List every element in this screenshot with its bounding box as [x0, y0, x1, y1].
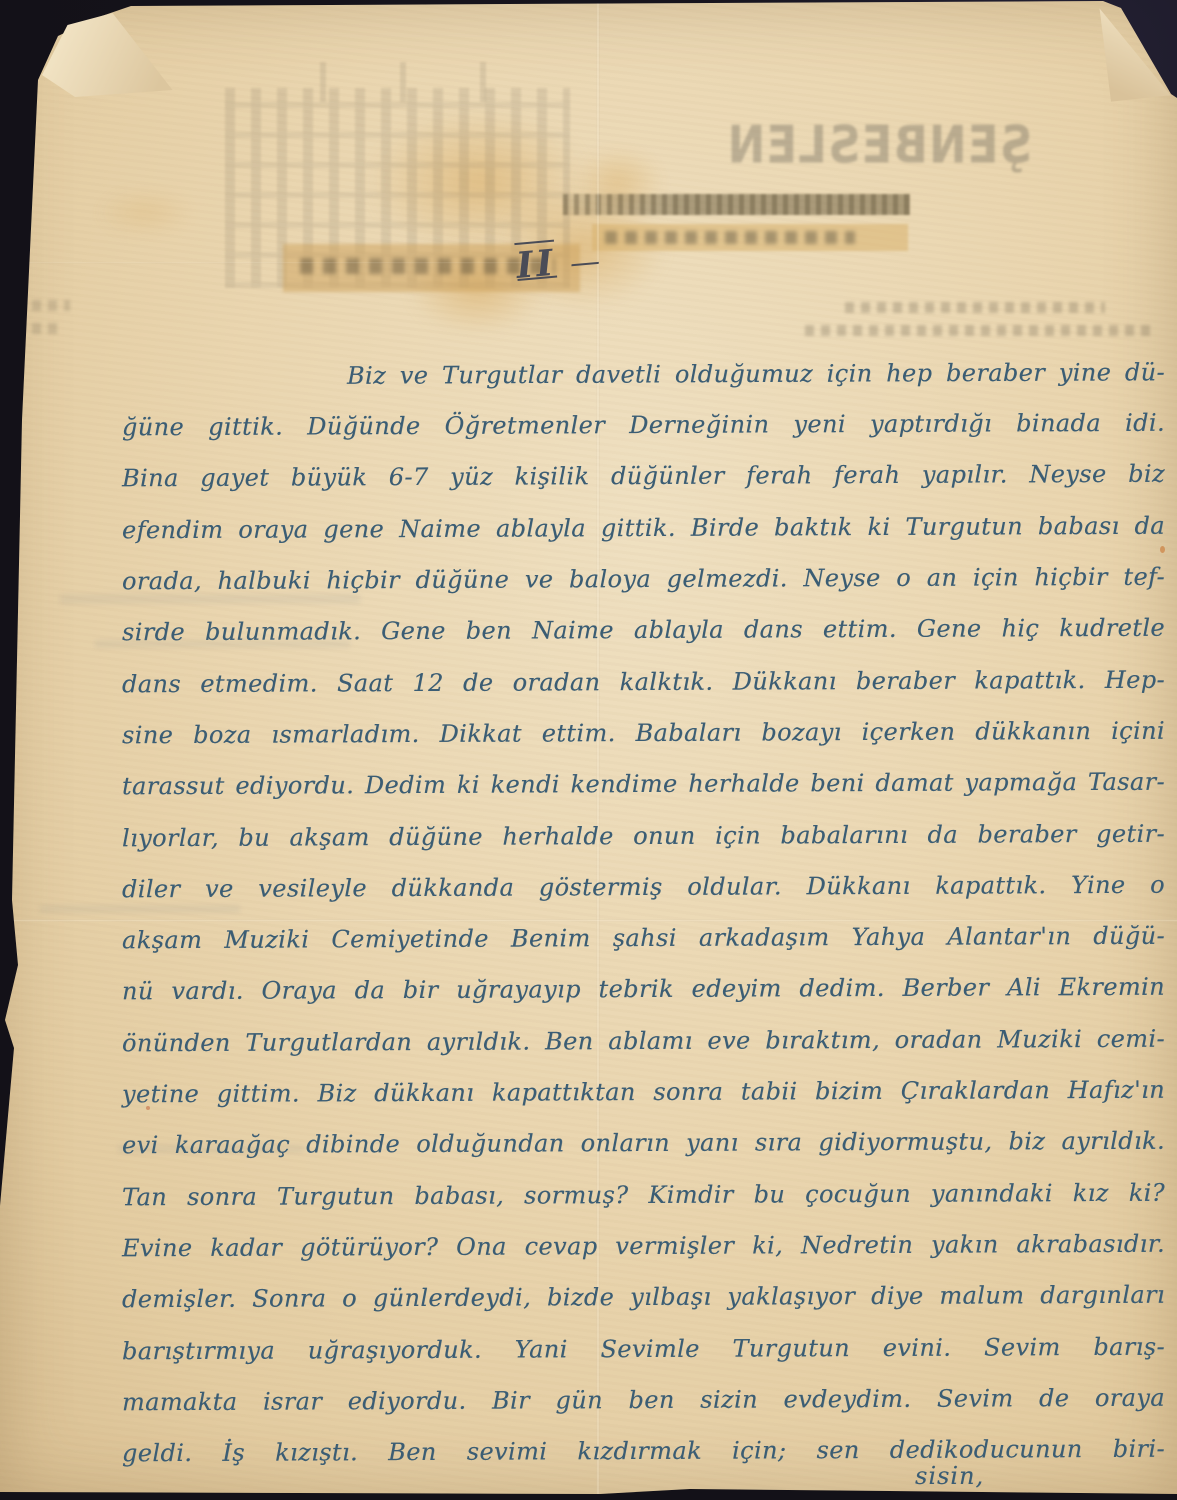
letter-line: lıyorlar, bu akşam düğüne herhalde onun …	[122, 820, 1165, 867]
letter-line: nü vardı. Oraya da bir uğrayayıp tebrik …	[122, 973, 1165, 1020]
letter-line: efendim oraya gene Naime ablayla gittik.…	[122, 512, 1165, 559]
letter-line: dans etmedim. Saat 12 de oradan kalktık.…	[122, 666, 1165, 713]
letter-line: demişler. Sonra o günlerdeydi, bizde yıl…	[122, 1281, 1165, 1328]
letter-line: sirde bulunmadık. Gene ben Naime ablayla…	[122, 614, 1165, 661]
letter-line: akşam Muziki Cemiyetinde Benim şahsi ark…	[122, 922, 1165, 969]
photo-of-letter: { "photo": { "background_color": "#13111…	[0, 0, 1177, 1500]
letter-line: diler ve vesileyle dükkanda göstermiş ol…	[122, 871, 1165, 918]
letter-line: orada, halbuki hiçbir düğüne ve baloya g…	[122, 563, 1165, 610]
letter-line: evi karaağaç dibinde olduğundan onların …	[122, 1127, 1165, 1174]
letter-line: Biz ve Turgutlar davetli olduğumuz için …	[347, 358, 1165, 404]
letter-line: ğüne gittik. Düğünde Öğretmenler Derneği…	[122, 409, 1165, 456]
letter-closing-word: sisin,	[915, 1462, 1115, 1490]
letter-line: Evine kadar götürüyor? Ona cevap vermişl…	[122, 1230, 1165, 1277]
letter-line: sine boza ısmarladım. Dikkat ettim. Baba…	[122, 717, 1165, 764]
letter-line: Bina gayet büyük 6-7 yüz kişilik düğünle…	[122, 460, 1165, 507]
letter-line: Tan sonra Turgutun babası, sormuş? Kimdi…	[122, 1179, 1165, 1226]
letter-paper: ŞENBESLEN II— Biz ve Turgutlar davetli o…	[0, 0, 1177, 1500]
letter-line: mamakta israr ediyordu. Bir gün ben sizi…	[122, 1384, 1165, 1431]
letter-line: önünden Turgutlardan ayrıldık. Ben ablam…	[122, 1025, 1165, 1072]
letter-line: barıştırmıya uğraşıyorduk. Yani Sevimle …	[122, 1333, 1165, 1380]
letter-line: tarassut ediyordu. Dedim ki kendi kendim…	[122, 768, 1165, 815]
handwritten-letter-body: Biz ve Turgutlar davetli olduğumuz için …	[0, 0, 1177, 1500]
letter-line: yetine gittim. Biz dükkanı kapattıktan s…	[122, 1076, 1165, 1123]
